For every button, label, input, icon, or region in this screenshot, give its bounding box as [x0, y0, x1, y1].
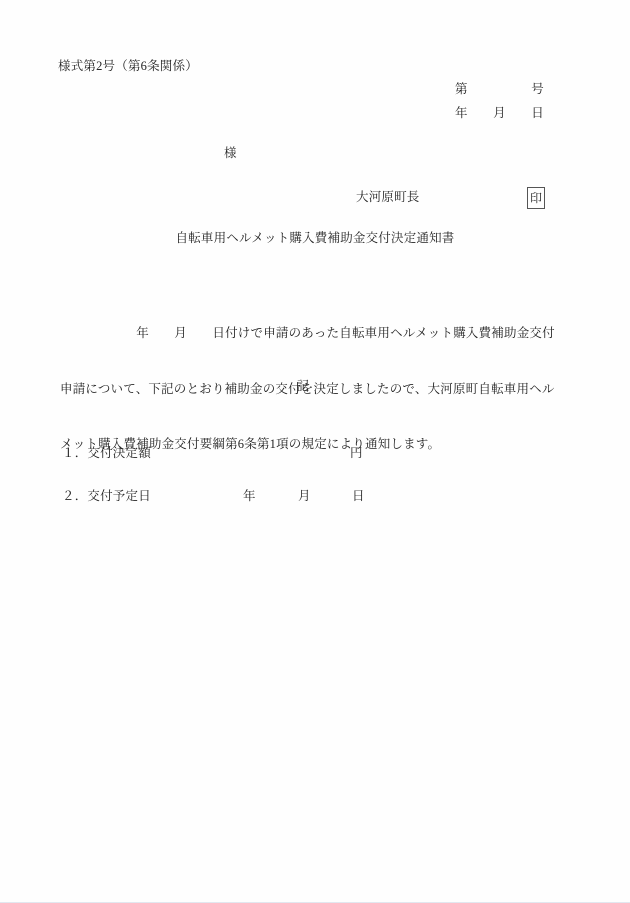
document-page: 様式第2号（第6条関係） 第 号 年 月 日 様 大河原町長 印 自転車用ヘルメ…: [0, 0, 630, 903]
item-grant-scheduled-date: ２．交付予定日 年 月 日: [0, 489, 630, 507]
date-day-label: 日: [352, 489, 365, 505]
issue-date-line: 年 月 日: [455, 106, 544, 122]
body-line-1: 年 月 日付けで申請のあった自転車用ヘルメット購入費補助金交付: [60, 321, 565, 345]
seal-box: 印: [527, 187, 545, 209]
grant-amount-label: １．交付決定額: [62, 446, 151, 462]
amount-unit-yen: 円: [350, 446, 363, 462]
document-number-line: 第 号: [455, 82, 544, 98]
document-title: 自転車用ヘルメット購入費補助金交付決定通知書: [0, 231, 630, 247]
form-number: 様式第2号（第6条関係）: [58, 59, 198, 75]
addressee-honorific: 様: [224, 146, 237, 162]
date-month-label: 月: [298, 489, 311, 505]
issuer-name: 大河原町長: [356, 190, 420, 206]
record-marker: 記: [60, 379, 546, 395]
date-year-label: 年: [243, 489, 256, 505]
item-grant-amount: １．交付決定額 円: [0, 446, 630, 464]
grant-date-label: ２．交付予定日: [62, 489, 151, 505]
